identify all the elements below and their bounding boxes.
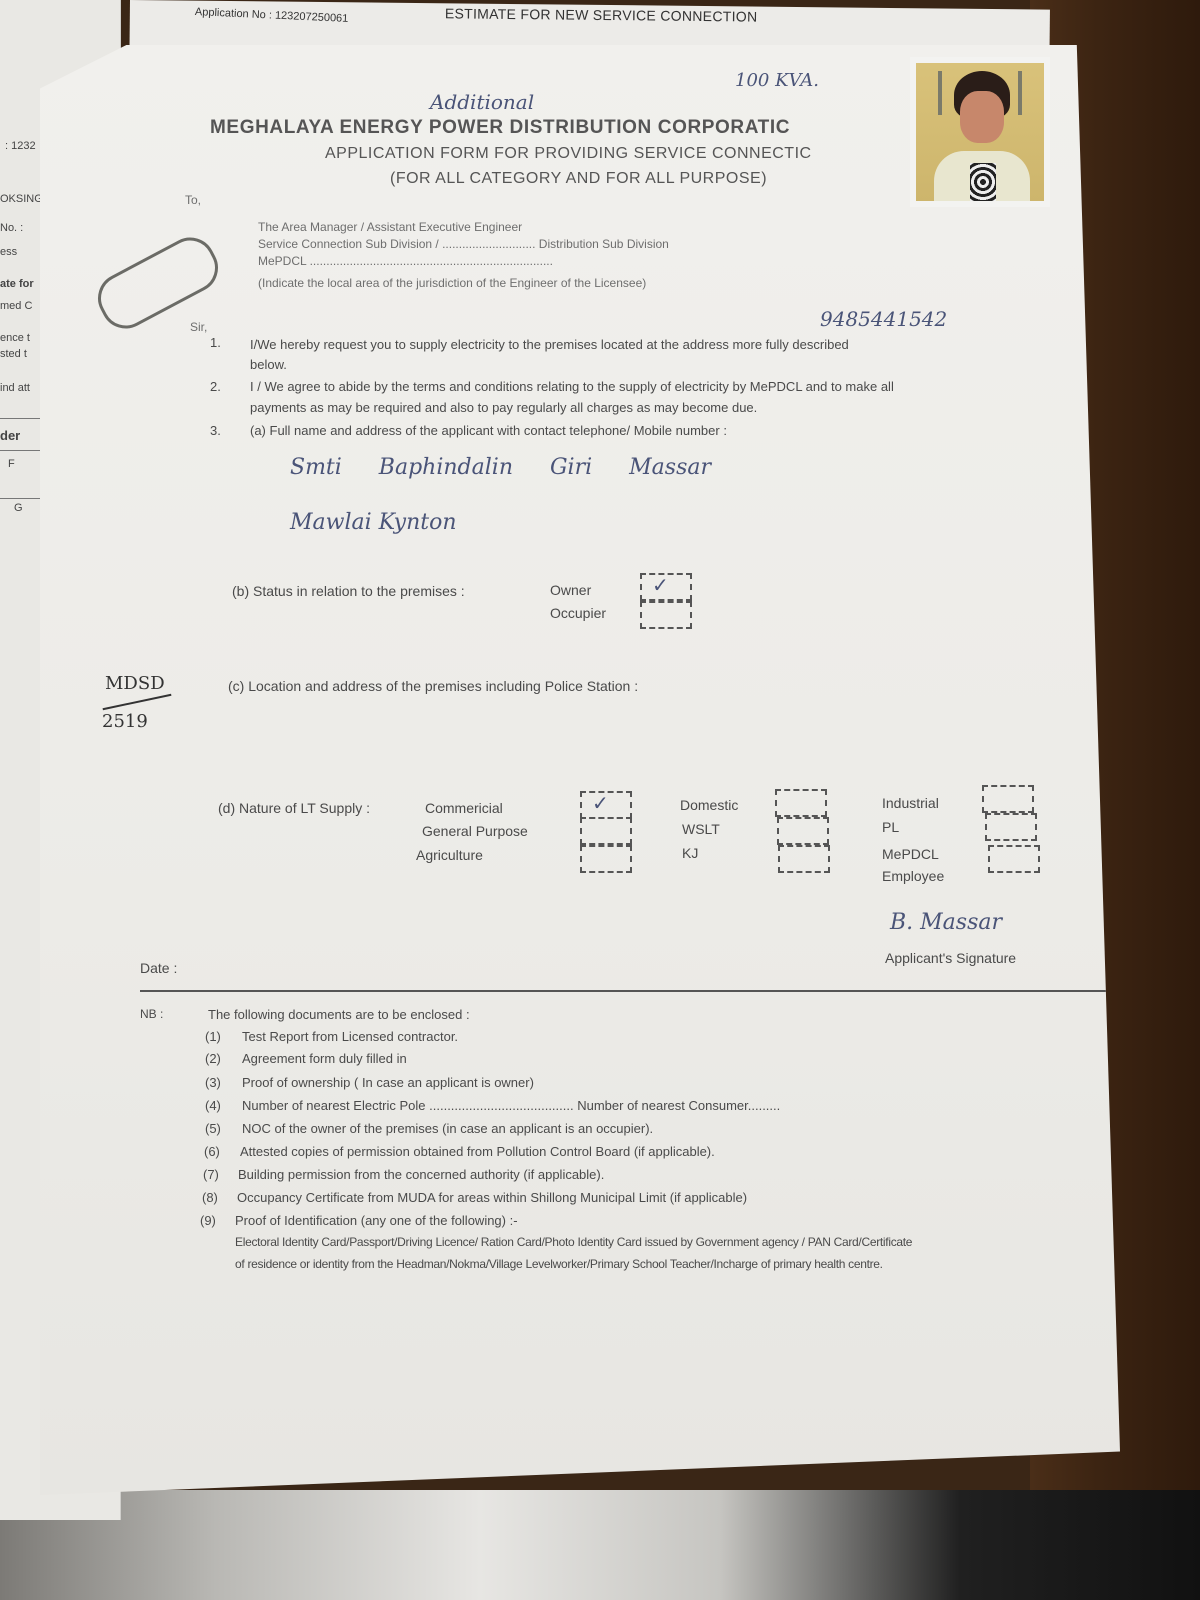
supply-option-general-purpose: General Purpose [422, 823, 528, 839]
divider [0, 450, 40, 451]
section-divider [140, 990, 1130, 992]
list-item-number: (2) [205, 1051, 221, 1066]
list-item: Agreement form duly filled in [242, 1051, 407, 1066]
mepdcl-employee-checkbox[interactable] [988, 845, 1040, 873]
list-item-number: (6) [204, 1144, 220, 1159]
checkmark-icon: ✓ [592, 791, 609, 816]
clause-text: payments as may be required and also to … [250, 400, 757, 415]
divider [0, 498, 40, 499]
applicant-name: Smti Baphindalin Giri Massar [290, 455, 711, 480]
handwritten-load: 100 KVA. [735, 70, 819, 91]
org-name: MEGHALAYA ENERGY POWER DISTRIBUTION CORP… [210, 117, 790, 139]
clause-number: 2. [210, 379, 221, 394]
list-item: Number of nearest Electric Pole ........… [242, 1098, 780, 1113]
status-label: (b) Status in relation to the premises : [232, 583, 465, 599]
list-item: Occupancy Certificate from MUDA for area… [237, 1190, 747, 1205]
handwritten-phone: 9485441542 [820, 307, 947, 331]
list-item: Proof of Identification (any one of the … [235, 1213, 518, 1228]
general-purpose-checkbox[interactable] [580, 817, 632, 845]
list-item-number: (3) [205, 1075, 221, 1090]
addressee-line: MePDCL .................................… [258, 254, 553, 268]
supply-option-domestic: Domestic [680, 797, 738, 813]
supply-option-agriculture: Agriculture [416, 847, 483, 863]
clause-text: below. [250, 357, 287, 372]
fragment: OKSING [0, 193, 43, 205]
form-subtitle: (FOR ALL CATEGORY AND FOR ALL PURPOSE) [390, 170, 767, 188]
fragment: sted t [0, 348, 27, 360]
list-item-number: (7) [203, 1167, 219, 1182]
pl-checkbox[interactable] [985, 813, 1037, 841]
fragment: ind att [0, 382, 30, 394]
margin-ref-line [103, 694, 172, 711]
supply-option-mepdcl-employee: MePDCL Employee [882, 843, 962, 887]
divider [0, 418, 40, 419]
fragment: F [8, 458, 15, 470]
list-item: NOC of the owner of the premises (in cas… [242, 1121, 653, 1136]
application-number-value: 123207250061 [275, 10, 349, 25]
id-proof-list: Electoral Identity Card/Passport/Driving… [235, 1235, 912, 1249]
occupier-checkbox[interactable] [640, 601, 692, 629]
to-label: To, [185, 193, 201, 207]
application-number: Application No : 123207250061 [195, 6, 349, 25]
applicant-photo [910, 57, 1050, 207]
nb-intro: The following documents are to be enclos… [208, 1007, 470, 1022]
location-label: (c) Location and address of the premises… [228, 678, 638, 694]
signature-label: Applicant's Signature [885, 950, 1016, 966]
addressee-line: The Area Manager / Assistant Executive E… [258, 220, 522, 234]
salutation: Sir, [190, 320, 207, 334]
list-item-number: (8) [202, 1190, 218, 1205]
kj-checkbox[interactable] [778, 845, 830, 873]
clause-text: (a) Full name and address of the applica… [250, 423, 727, 438]
list-item-number: (4) [205, 1098, 221, 1113]
fragment: ate for [0, 278, 34, 290]
applicant-address: Mawlai Kynton [290, 510, 457, 535]
status-option-occupier: Occupier [550, 605, 606, 621]
fragment: med C [0, 300, 32, 312]
list-item-number: (5) [205, 1121, 221, 1136]
margin-ref-top: MDSD [105, 673, 165, 694]
clause-text: I / We agree to abide by the terms and c… [250, 379, 894, 394]
fragment: G [14, 502, 23, 514]
list-item: Building permission from the concerned a… [238, 1167, 604, 1182]
cloth-background [0, 1490, 1200, 1600]
clause-number: 3. [210, 423, 221, 438]
fragment: : 1232 [5, 140, 36, 152]
industrial-checkbox[interactable] [982, 785, 1034, 813]
list-item: Test Report from Licensed contractor. [242, 1029, 458, 1044]
application-form: 100 KVA. Additional MEGHALAYA ENERGY POW… [40, 45, 1120, 1495]
nb-label: NB : [140, 1007, 163, 1021]
applicant-signature: B. Massar [890, 910, 1002, 935]
clause-text: I/We hereby request you to supply electr… [250, 337, 849, 352]
status-option-owner: Owner [550, 582, 591, 598]
fragment: ess [0, 246, 17, 258]
agriculture-checkbox[interactable] [580, 845, 632, 873]
addressee-line: (Indicate the local area of the jurisdic… [258, 276, 646, 290]
handwritten-additional: Additional [430, 90, 534, 114]
wslt-checkbox[interactable] [777, 817, 829, 845]
owner-checkbox[interactable]: ✓ [640, 573, 692, 601]
supply-option-commercial: Commericial [425, 800, 503, 816]
fragment: No. : [0, 222, 23, 234]
id-proof-list: of residence or identity from the Headma… [235, 1257, 883, 1271]
commercial-checkbox[interactable]: ✓ [580, 791, 632, 819]
addressee-line: Service Connection Sub Division / ......… [258, 237, 669, 251]
clause-number: 1. [210, 335, 221, 350]
supply-option-kj: KJ [682, 845, 698, 861]
application-number-label: Application No [195, 6, 266, 21]
fragment: ence t [0, 332, 30, 344]
supply-option-wslt: WSLT [682, 821, 720, 837]
margin-ref-bottom: 2519 [102, 711, 148, 732]
form-title: APPLICATION FORM FOR PROVIDING SERVICE C… [325, 145, 812, 163]
supply-option-pl: PL [882, 819, 899, 835]
supply-option-industrial: Industrial [882, 795, 939, 811]
list-item-number: (1) [205, 1029, 221, 1044]
list-item: Proof of ownership ( In case an applican… [242, 1075, 534, 1090]
list-item: Attested copies of permission obtained f… [240, 1144, 715, 1159]
checkmark-icon: ✓ [652, 573, 669, 598]
domestic-checkbox[interactable] [775, 789, 827, 817]
supply-label: (d) Nature of LT Supply : [218, 800, 370, 816]
list-item-number: (9) [200, 1213, 216, 1228]
date-label: Date : [140, 960, 177, 976]
fragment: der [0, 428, 20, 443]
estimate-title: ESTIMATE FOR NEW SERVICE CONNECTION [445, 5, 758, 24]
